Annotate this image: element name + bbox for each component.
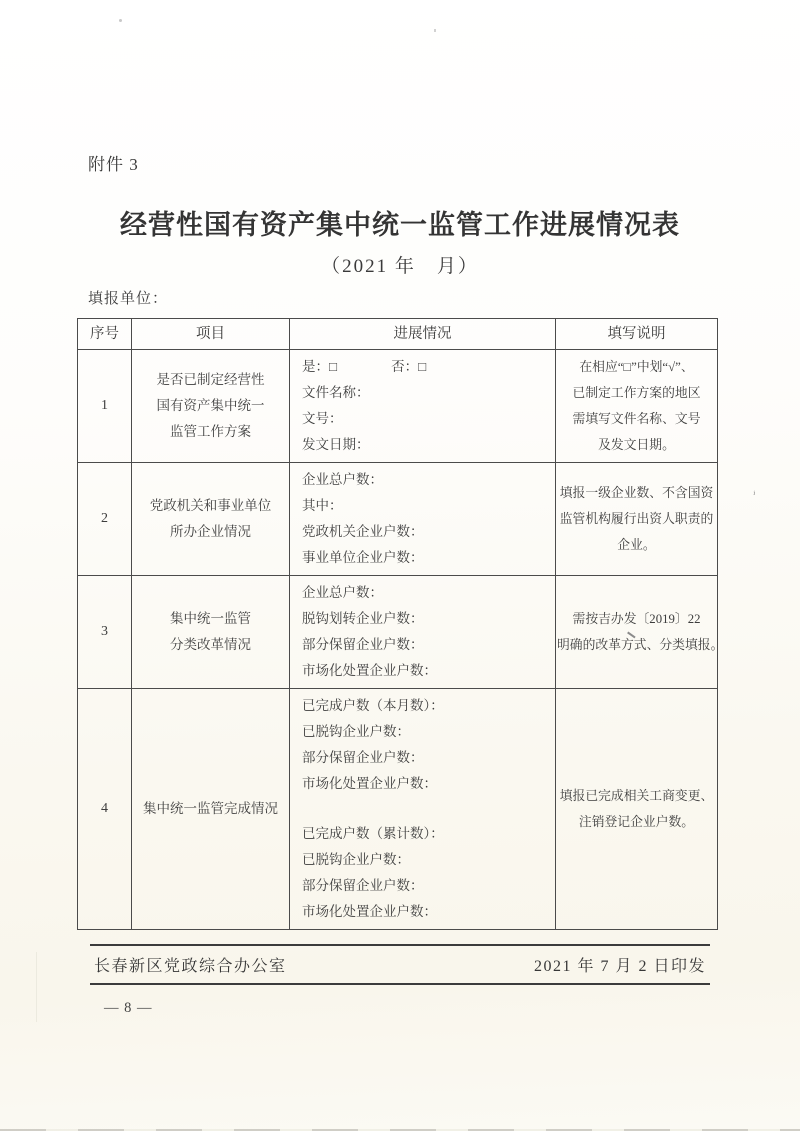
cell-line: 国有资产集中统一 <box>134 393 287 419</box>
issue-date: 2021 年 7 月 2 日印发 <box>534 953 706 976</box>
cell-line: 市场化处置企业户数： <box>302 658 553 684</box>
cell-line: 市场化处置企业户数： <box>302 771 553 797</box>
column-header: 项目 <box>132 319 290 350</box>
table-body: 1是否已制定经营性国有资产集中统一监管工作方案是：□ 否：□文件名称：文号：发文… <box>78 350 718 930</box>
cell-line: 填报已完成相关工商变更、 <box>557 783 716 809</box>
col-item-cell: 党政机关和事业单位所办企业情况 <box>132 463 290 576</box>
cell-line <box>302 797 553 821</box>
cell-line: 已完成户数（累计数）： <box>302 821 553 847</box>
cell-line: 已制定工作方案的地区 <box>557 380 716 406</box>
cell-line: 集中统一监管 <box>134 606 287 632</box>
col-item-cell: 集中统一监管分类改革情况 <box>132 576 290 689</box>
cell-line: 是：□ 否：□ <box>302 354 553 380</box>
cell-line: 分类改革情况 <box>134 632 287 658</box>
table-row: 3集中统一监管分类改革情况企业总户数：脱钩划转企业户数：部分保留企业户数：市场化… <box>78 576 718 689</box>
cell-line: 市场化处置企业户数： <box>302 899 553 925</box>
cell-line: 部分保留企业户数： <box>302 745 553 771</box>
cell-line: 党政机关和事业单位 <box>134 493 287 519</box>
cell-line: 已完成户数（本月数）： <box>302 693 553 719</box>
row-number-cell: 1 <box>78 350 132 463</box>
col-note-cell: 在相应“□”中划“√”、已制定工作方案的地区需填写文件名称、文号及发文日期。 <box>556 350 718 463</box>
row-number-cell: 3 <box>78 576 132 689</box>
document-title: 经营性国有资产集中统一监管工作进展情况表 <box>0 203 800 242</box>
cell-line: 是否已制定经营性 <box>134 367 287 393</box>
page-number: — 8 — <box>104 1000 153 1017</box>
col-progress-cell: 企业总户数：脱钩划转企业户数：部分保留企业户数：市场化处置企业户数： <box>290 576 556 689</box>
column-header: 进展情况 <box>290 319 556 350</box>
cell-line: 发文日期： <box>302 432 553 458</box>
col-item-cell: 集中统一监管完成情况 <box>132 689 290 930</box>
col-note-cell: 填报一级企业数、不含国资监管机构履行出资人职责的企业。 <box>556 463 718 576</box>
cell-line: 在相应“□”中划“√”、 <box>557 354 716 380</box>
cell-line: 需按吉办发〔2019〕22 <box>557 606 716 632</box>
cell-line: 需填写文件名称、文号 <box>557 406 716 432</box>
col-progress-cell: 已完成户数（本月数）：已脱钩企业户数：部分保留企业户数：市场化处置企业户数：已完… <box>290 689 556 930</box>
table-row: 4集中统一监管完成情况已完成户数（本月数）：已脱钩企业户数：部分保留企业户数：市… <box>78 689 718 930</box>
cell-line: 企业总户数： <box>302 580 553 606</box>
document-subtitle: （2021 年 月） <box>0 251 800 278</box>
col-progress-cell: 是：□ 否：□文件名称：文号：发文日期： <box>290 350 556 463</box>
attachment-label: 附件 3 <box>88 150 139 175</box>
cell-line: 文号： <box>302 406 553 432</box>
cell-line: 填报一级企业数、不含国资 <box>557 480 716 506</box>
cell-line: 文件名称： <box>302 380 553 406</box>
cell-line: 及发文日期。 <box>557 432 716 458</box>
document-page: 附件 3 经营性国有资产集中统一监管工作进展情况表 （2021 年 月） 填报单… <box>0 0 800 1131</box>
table-row: 1是否已制定经营性国有资产集中统一监管工作方案是：□ 否：□文件名称：文号：发文… <box>78 350 718 463</box>
scan-artifact: ⁱ <box>752 490 756 501</box>
cell-line: 已脱钩企业户数： <box>302 847 553 873</box>
cell-line: 明确的改革方式、分类填报。 <box>557 632 716 658</box>
column-header: 填写说明 <box>556 319 718 350</box>
col-progress-cell: 企业总户数：其中：党政机关企业户数：事业单位企业户数： <box>290 463 556 576</box>
scan-artifact <box>434 29 436 32</box>
table-header-row: 序号项目进展情况填写说明 <box>78 319 718 350</box>
issuing-office: 长春新区党政综合办公室 <box>94 953 287 976</box>
col-item-cell: 是否已制定经营性国有资产集中统一监管工作方案 <box>132 350 290 463</box>
cell-line: 监管工作方案 <box>134 419 287 445</box>
cell-line: 事业单位企业户数： <box>302 545 553 571</box>
col-note-cell: 填报已完成相关工商变更、注销登记企业户数。 <box>556 689 718 930</box>
scan-artifact <box>119 19 122 22</box>
column-header: 序号 <box>78 319 132 350</box>
table-row: 2党政机关和事业单位所办企业情况企业总户数：其中：党政机关企业户数：事业单位企业… <box>78 463 718 576</box>
cell-line: 监管机构履行出资人职责的 <box>557 506 716 532</box>
cell-line: 集中统一监管完成情况 <box>134 796 287 822</box>
progress-table: 序号项目进展情况填写说明 1是否已制定经营性国有资产集中统一监管工作方案是：□ … <box>77 318 718 930</box>
col-note-cell: 需按吉办发〔2019〕22明确的改革方式、分类填报。 <box>556 576 718 689</box>
cell-line: 党政机关企业户数： <box>302 519 553 545</box>
cell-line: 部分保留企业户数： <box>302 873 553 899</box>
cell-line: 已脱钩企业户数： <box>302 719 553 745</box>
reporting-unit-label: 填报单位： <box>88 287 168 308</box>
row-number-cell: 4 <box>78 689 132 930</box>
cell-line: 所办企业情况 <box>134 519 287 545</box>
scan-artifact <box>36 952 37 1022</box>
cell-line: 注销登记企业户数。 <box>557 809 716 835</box>
cell-line: 企业总户数： <box>302 467 553 493</box>
cell-line: 企业。 <box>557 532 716 558</box>
row-number-cell: 2 <box>78 463 132 576</box>
table-header: 序号项目进展情况填写说明 <box>78 319 718 350</box>
cell-line: 其中： <box>302 493 553 519</box>
cell-line: 部分保留企业户数： <box>302 632 553 658</box>
footer-imprint: 长春新区党政综合办公室 2021 年 7 月 2 日印发 <box>90 944 710 985</box>
cell-line: 脱钩划转企业户数： <box>302 606 553 632</box>
